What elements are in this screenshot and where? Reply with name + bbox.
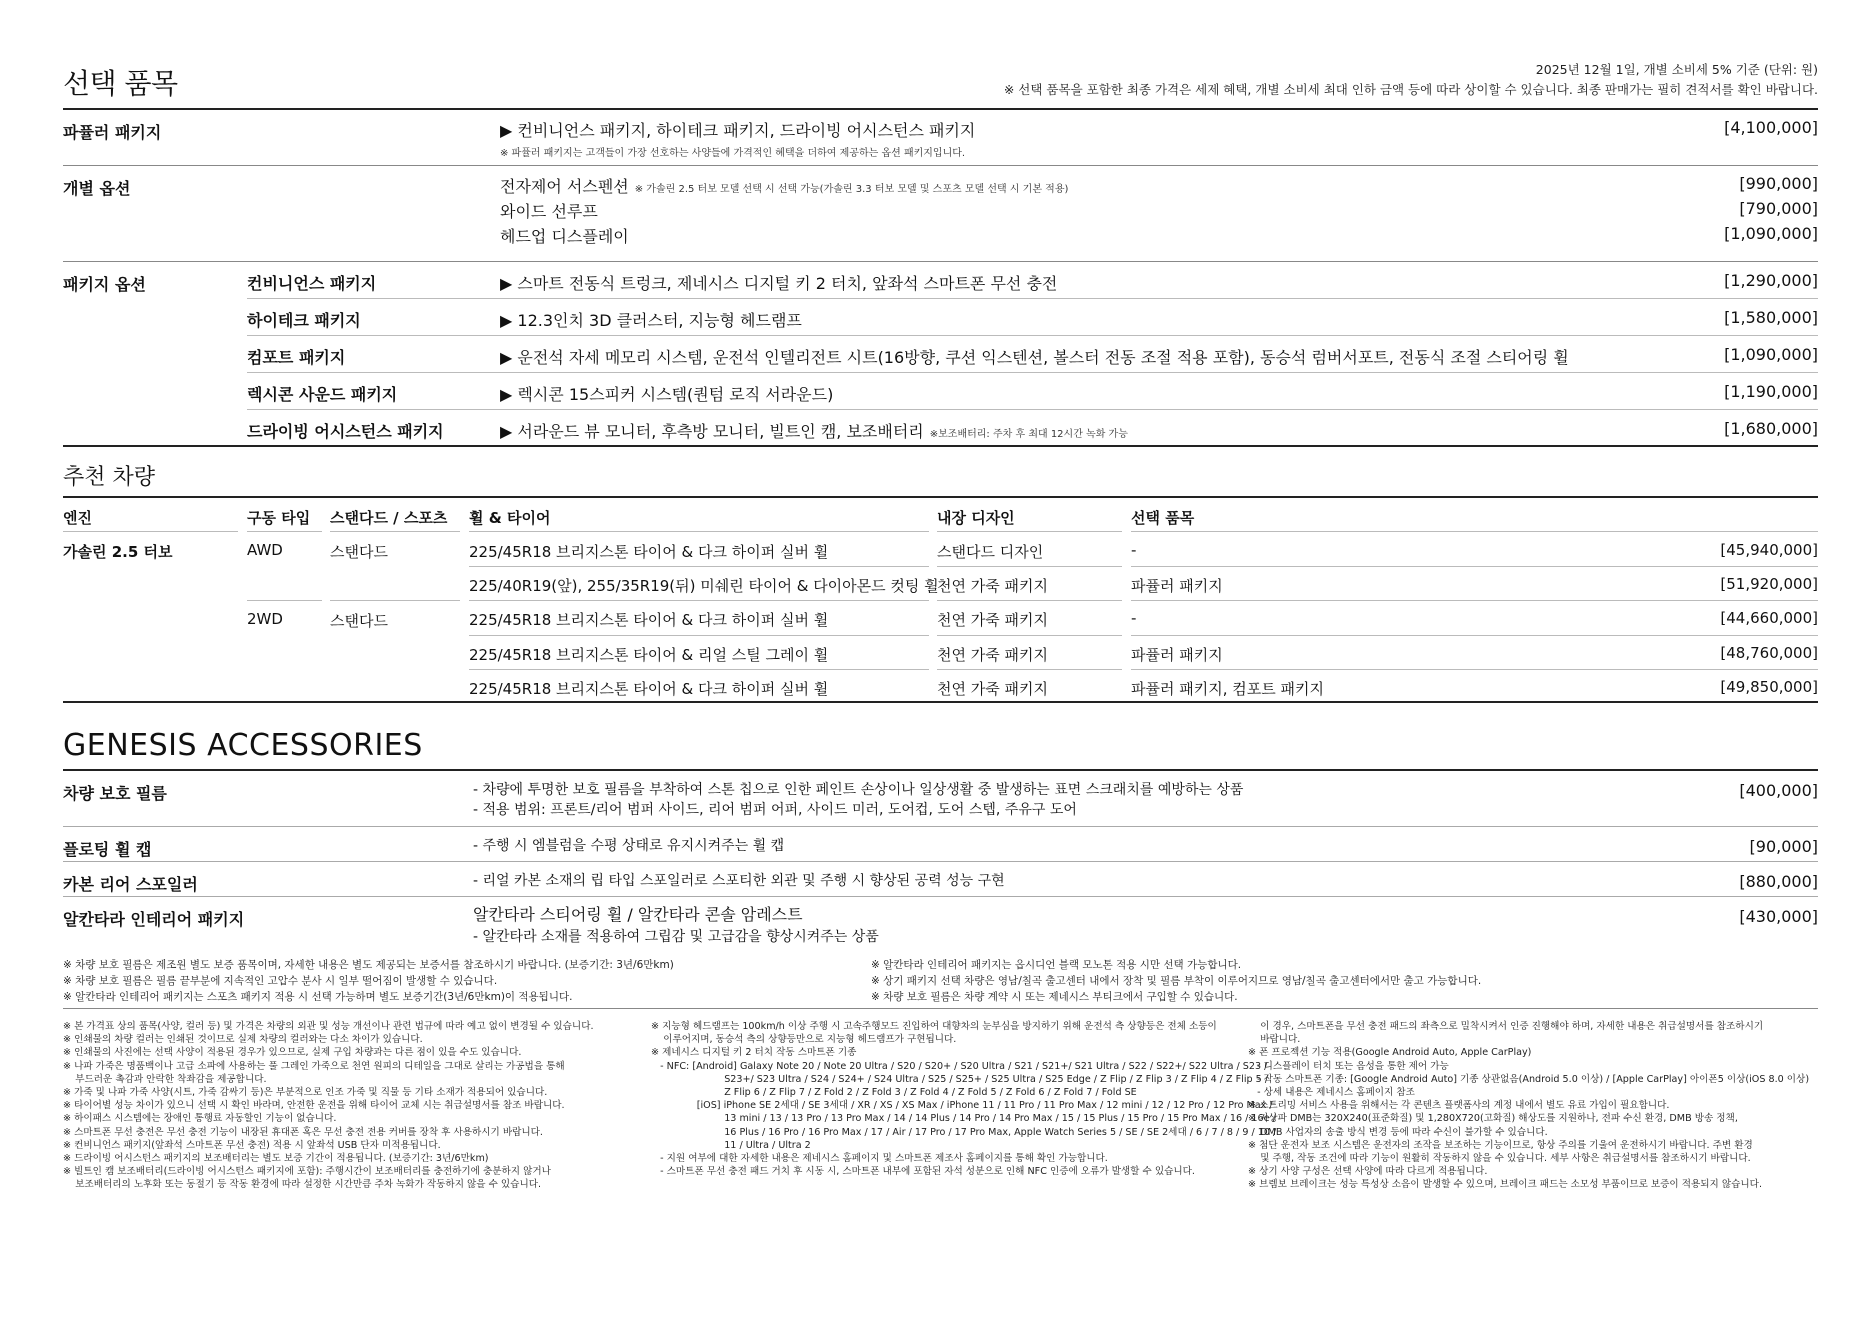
option-name: 헤드업 디스플레이 bbox=[500, 227, 629, 246]
papular-package-row: 파퓰러 패키지 ▶ 컨비니언스 패키지, 하이테크 패키지, 드라이빙 어시스턴… bbox=[63, 110, 1818, 166]
option-note: ※ 가솔린 2.5 터보 모델 선택 시 선택 가능(가솔린 3.3 터보 모델… bbox=[635, 184, 1069, 195]
accessory-price: [400,000] bbox=[1739, 781, 1818, 800]
fine-print-line: ※ 제네시스 디지털 키 2 터치 작동 스마트폰 기종 bbox=[651, 1046, 1251, 1059]
fine-print-line: - 지원 여부에 대한 자세한 내용은 제네시스 홈페이지 및 스마트폰 제조사… bbox=[651, 1152, 1251, 1165]
package-name: 컨비니언스 패키지 bbox=[247, 271, 376, 294]
option-price: [1,090,000] bbox=[1724, 224, 1818, 243]
fine-print-line: 이 경우, 스마트폰을 무선 충전 패드의 좌측으로 밀착시켜서 인증 진행해야… bbox=[1248, 1020, 1818, 1033]
fine-print-line: ※ 본 가격표 상의 품목(사양, 컬러 등) 및 가격은 차량의 외관 및 성… bbox=[63, 1020, 623, 1033]
recommended-table: 엔진 구동 타입 스탠다드 / 스포츠 휠 & 타이어 내장 디자인 선택 품목… bbox=[63, 496, 1818, 703]
fine-print-line: ※ 인쇄물의 차량 컬러는 인쇄된 것이므로 실제 차량의 컬러와는 다소 차이… bbox=[63, 1033, 623, 1046]
col-wheel: 휠 & 타이어 bbox=[469, 507, 551, 528]
fine-print-col-3: 이 경우, 스마트폰을 무선 충전 패드의 좌측으로 밀착시켜서 인증 진행해야… bbox=[1248, 1020, 1818, 1192]
papular-package-price: [4,100,000] bbox=[1724, 118, 1818, 137]
fine-print-line: ※ 인쇄물의 사진에는 선택 사양이 적용된 경우가 있으므로, 실제 구입 차… bbox=[63, 1046, 623, 1059]
accessory-price: [90,000] bbox=[1750, 837, 1818, 856]
package-price: [1,580,000] bbox=[1724, 308, 1818, 327]
interior-cell: 스탠다드 디자인 bbox=[937, 541, 1043, 562]
package-name: 컴포트 패키지 bbox=[247, 345, 345, 368]
header-meta: 2025년 12월 1일, 개별 소비세 5% 기준 (단위: 원) ※ 선택 … bbox=[1004, 60, 1818, 100]
fine-print-col-2: ※ 지능형 헤드램프는 100km/h 이상 주행 시 고속주행모드 진입하여 … bbox=[651, 1020, 1251, 1178]
fine-print-line: 바랍니다. bbox=[1248, 1033, 1818, 1046]
accessory-price: [430,000] bbox=[1739, 907, 1818, 926]
fine-print-line: - 디스플레이 터치 또는 음성을 통한 제어 가능 bbox=[1248, 1060, 1818, 1073]
fine-print-line: ※ 폰 프로젝션 기능 적용(Google Android Auto, Appl… bbox=[1248, 1046, 1818, 1059]
fine-print-line: 13 mini / 13 / 13 Pro / 13 Pro Max / 14 … bbox=[651, 1112, 1251, 1125]
option-item: 헤드업 디스플레이 bbox=[500, 224, 629, 247]
options-cell: 파퓰러 패키지, 컴포트 패키지 bbox=[1131, 678, 1324, 699]
package-desc: ▶ 운전석 자세 메모리 시스템, 운전석 인텔리전트 시트(16방향, 쿠션 … bbox=[500, 345, 1569, 368]
fine-print-col-1: ※ 본 가격표 상의 품목(사양, 컬러 등) 및 가격은 차량의 외관 및 성… bbox=[63, 1020, 623, 1192]
fine-print-line: DMB 사업자의 송출 방식 변경 등에 따라 수신이 불가할 수 있습니다. bbox=[1248, 1126, 1818, 1139]
fine-print-line: 부드러운 촉감과 안락한 착좌감을 제공합니다. bbox=[63, 1073, 623, 1086]
package-name: 하이테크 패키지 bbox=[247, 308, 361, 331]
fine-print-line: ※ 첨단 운전자 보조 시스템은 운전자의 조작을 보조하는 기능이므로, 항상… bbox=[1248, 1139, 1818, 1152]
option-name: 전자제어 서스펜션 bbox=[500, 177, 629, 196]
fine-print-line: ※ 드라이빙 어시스턴스 패키지의 보조배터리는 별도 보증 기간이 적용됩니다… bbox=[63, 1152, 623, 1165]
package-desc: ▶ 스마트 전동식 트렁크, 제네시스 디지털 키 2 터치, 앞좌석 스마트폰… bbox=[500, 271, 1057, 294]
options-cell: - bbox=[1131, 541, 1136, 559]
engine-cell: 가솔린 2.5 터보 bbox=[63, 541, 172, 562]
accessory-notes-right: ※ 알칸타라 인테리어 패키지는 옵시디언 블랙 모노톤 적용 시만 선택 가능… bbox=[871, 957, 1481, 1005]
package-row: 컴포트 패키지 ▶ 운전석 자세 메모리 시스템, 운전석 인텔리전트 시트(1… bbox=[247, 336, 1818, 373]
interior-cell: 천연 가죽 패키지 bbox=[937, 644, 1048, 665]
package-row: 렉시콘 사운드 패키지 ▶ 렉시콘 15스피커 시스템(퀀텀 로직 서라운드) … bbox=[247, 373, 1818, 410]
trim-cell: 스탠다드 bbox=[330, 610, 388, 631]
drive-cell: AWD bbox=[247, 541, 283, 559]
option-price: [990,000] bbox=[1739, 174, 1818, 193]
fine-print-line: ※ 스트리밍 서비스 사용을 위해서는 각 콘텐츠 플랫폼사의 계정 내에서 별… bbox=[1248, 1099, 1818, 1112]
fine-print-line: 11 / Ultra / Ultra 2 bbox=[651, 1139, 1251, 1152]
option-item: 전자제어 서스펜션※ 가솔린 2.5 터보 모델 선택 시 선택 가능(가솔린 … bbox=[500, 174, 1068, 197]
fine-print-line: ※ 컨비니언스 패키지(앞좌석 스마트폰 무선 충전) 적용 시 앞좌석 USB… bbox=[63, 1139, 623, 1152]
col-options: 선택 품목 bbox=[1131, 507, 1194, 528]
trim-cell: 스탠다드 bbox=[330, 541, 388, 562]
accessory-row: 카본 리어 스포일러 - 리얼 카본 소재의 립 타입 스포일러로 스포티한 외… bbox=[63, 862, 1818, 897]
wheel-tire-cell: 225/40R19(앞), 255/35R19(뒤) 미쉐린 타이어 & 다이아… bbox=[469, 575, 939, 596]
fine-print-line: Z Flip 6 / Z Flip 7 / Z Fold 2 / Z Fold … bbox=[651, 1086, 1251, 1099]
package-desc: ▶ 렉시콘 15스피커 시스템(퀀텀 로직 서라운드) bbox=[500, 382, 833, 405]
papular-package-content: ▶ 컨비니언스 패키지, 하이테크 패키지, 드라이빙 어시스턴스 패키지 bbox=[500, 118, 975, 141]
fine-print-line: ※ 스마트폰 무선 충전은 무선 충전 기능이 내장된 휴대폰 혹은 무선 충전… bbox=[63, 1126, 623, 1139]
fine-print-line: - 스마트폰 무선 충전 패드 거치 후 시동 시, 스마트폰 내부에 포함된 … bbox=[651, 1165, 1251, 1178]
col-drive: 구동 타입 bbox=[247, 507, 310, 528]
accessory-name: 차량 보호 필름 bbox=[63, 781, 167, 804]
options-cell: 파퓰러 패키지 bbox=[1131, 644, 1223, 665]
fine-print-line: 보조배터리의 노후화 또는 동절기 등 작동 환경에 따라 설정한 시간만큼 주… bbox=[63, 1178, 623, 1191]
package-options-group: 패키지 옵션 컨비니언스 패키지 ▶ 스마트 전동식 트렁크, 제네시스 디지털… bbox=[63, 262, 1818, 447]
option-item: 와이드 선루프 bbox=[500, 199, 598, 222]
individual-options-label: 개별 옵션 bbox=[63, 176, 130, 199]
accessory-row: 차량 보호 필름 - 차량에 투명한 보호 필름을 부착하여 스톤 칩으로 인한… bbox=[63, 771, 1818, 827]
interior-cell: 천연 가죽 패키지 bbox=[937, 575, 1048, 596]
fine-print-line: - NFC: [Android] Galaxy Note 20 / Note 2… bbox=[651, 1060, 1251, 1073]
interior-cell: 천연 가죽 패키지 bbox=[937, 678, 1048, 699]
wheel-tire-cell: 225/45R18 브리지스톤 타이어 & 다크 하이퍼 실버 휠 bbox=[469, 541, 828, 562]
vehicle-price: [51,920,000] bbox=[1720, 575, 1818, 593]
vehicle-price: [49,850,000] bbox=[1720, 678, 1818, 696]
package-name: 렉시콘 사운드 패키지 bbox=[247, 382, 397, 405]
recommended-title: 추천 차량 bbox=[63, 460, 155, 491]
fine-print-line: ※ 상기 사양 구성은 선택 사양에 따라 다르게 적용됩니다. bbox=[1248, 1165, 1818, 1178]
options-cell: - bbox=[1131, 609, 1136, 627]
fine-print-line: 16 Plus / 16 Pro / 16 Pro Max / 17 / Air… bbox=[651, 1126, 1251, 1139]
package-price: [1,680,000] bbox=[1724, 419, 1818, 438]
accessory-notes: ※ 차량 보호 필름은 제조원 별도 보증 품목이며, 자세한 내용은 별도 제… bbox=[63, 957, 1818, 1009]
fine-print-line: ※ 지상파 DMB는 320X240(표준화질) 및 1,280X720(고화질… bbox=[1248, 1112, 1818, 1125]
recommended-body: 가솔린 2.5 터보 AWD 스탠다드 2WD 스탠다드 225/45R18 브… bbox=[63, 532, 1818, 703]
fine-print-line: ※ 빌트인 캠 보조배터리(드라이빙 어시스턴스 패키지에 포함): 주행시간이… bbox=[63, 1165, 623, 1178]
accessory-row: 알칸타라 인테리어 패키지 알칸타라 스티어링 휠 / 알칸타라 콘솔 암레스트… bbox=[63, 897, 1818, 952]
accessory-name: 카본 리어 스포일러 bbox=[63, 872, 198, 895]
price-basis-date: 2025년 12월 1일, 개별 소비세 5% 기준 (단위: 원) bbox=[1004, 60, 1818, 80]
fine-print-line: 및 주행, 작동 조건에 따라 기능이 원활히 작동하지 않을 수 있습니다. … bbox=[1248, 1152, 1818, 1165]
col-interior: 내장 디자인 bbox=[937, 507, 1015, 528]
interior-cell: 천연 가죽 패키지 bbox=[937, 609, 1048, 630]
drive-cell: 2WD bbox=[247, 610, 283, 628]
package-name: 드라이빙 어시스턴스 패키지 bbox=[247, 419, 444, 442]
package-row: 하이테크 패키지 ▶ 12.3인치 3D 클러스터, 지능형 헤드램프 [1,5… bbox=[247, 299, 1818, 336]
accessory-name: 플로팅 휠 캡 bbox=[63, 837, 151, 860]
col-trim: 스탠다드 / 스포츠 bbox=[330, 507, 447, 528]
accessories-title: GENESIS ACCESSORIES bbox=[63, 728, 423, 763]
package-desc: ▶ 12.3인치 3D 클러스터, 지능형 헤드램프 bbox=[500, 308, 802, 331]
options-cell: 파퓰러 패키지 bbox=[1131, 575, 1223, 596]
recommended-header: 엔진 구동 타입 스탠다드 / 스포츠 휠 & 타이어 내장 디자인 선택 품목 bbox=[63, 498, 1818, 532]
selection-options-table: 파퓰러 패키지 ▶ 컨비니언스 패키지, 하이테크 패키지, 드라이빙 어시스턴… bbox=[63, 108, 1818, 447]
package-options-label: 패키지 옵션 bbox=[63, 272, 146, 295]
fine-print-line: ※ 하이패스 시스템에는 장애인 통행료 자동할인 기능이 없습니다. bbox=[63, 1112, 623, 1125]
papular-package-note: ※ 파퓰러 패키지는 고객들이 가장 선호하는 사양들에 가격적인 혜택을 더하… bbox=[500, 144, 965, 159]
option-price: [790,000] bbox=[1739, 199, 1818, 218]
accessory-desc: 알칸타라 스티어링 휠 / 알칸타라 콘솔 암레스트 - 알칸타라 소재를 적용… bbox=[473, 903, 879, 947]
accessory-price: [880,000] bbox=[1739, 872, 1818, 891]
wheel-tire-cell: 225/45R18 브리지스톤 타이어 & 리얼 스틸 그레이 휠 bbox=[469, 644, 828, 665]
col-engine: 엔진 bbox=[63, 507, 92, 528]
accessory-name: 알칸타라 인테리어 패키지 bbox=[63, 907, 244, 930]
package-row: 컨비니언스 패키지 ▶ 스마트 전동식 트렁크, 제네시스 디지털 키 2 터치… bbox=[247, 262, 1818, 299]
accessory-desc: - 차량에 투명한 보호 필름을 부착하여 스톤 칩으로 인한 페인트 손상이나… bbox=[473, 780, 1243, 820]
accessory-desc: - 주행 시 엠블럼을 수평 상태로 유지시켜주는 휠 캡 bbox=[473, 836, 784, 856]
fine-print-line: S23+/ S23 Ultra / S24 / S24+ / S24 Ultra… bbox=[651, 1073, 1251, 1086]
vehicle-price: [44,660,000] bbox=[1720, 609, 1818, 627]
accessory-desc: - 리얼 카본 소재의 립 타입 스포일러로 스포티한 외관 및 주행 시 향상… bbox=[473, 871, 1005, 891]
page-title: 선택 품목 bbox=[63, 62, 178, 102]
wheel-tire-cell: 225/45R18 브리지스톤 타이어 & 다크 하이퍼 실버 휠 bbox=[469, 609, 828, 630]
fine-print-line: ※ 브렘보 브레이크는 성능 특성상 소음이 발생할 수 있으며, 브레이크 패… bbox=[1248, 1178, 1818, 1191]
fine-print-line: ※ 지능형 헤드램프는 100km/h 이상 주행 시 고속주행모드 진입하여 … bbox=[651, 1020, 1251, 1033]
fine-print-line: - 작동 스마트폰 기종: [Google Android Auto] 기종 상… bbox=[1248, 1073, 1818, 1086]
vehicle-price: [45,940,000] bbox=[1720, 541, 1818, 559]
fine-print-line: - 상세 내용은 제네시스 홈페이지 참조 bbox=[1248, 1086, 1818, 1099]
accessories-table: 차량 보호 필름 - 차량에 투명한 보호 필름을 부착하여 스톤 칩으로 인한… bbox=[63, 769, 1818, 952]
accessory-row: 플로팅 휠 캡 - 주행 시 엠블럼을 수평 상태로 유지시켜주는 휠 캡 [9… bbox=[63, 827, 1818, 862]
fine-print-line: 이루어지며, 동승석 측의 상향등만으로 지능형 헤드램프가 구현됩니다. bbox=[651, 1033, 1251, 1046]
package-row: 드라이빙 어시스턴스 패키지 ▶ 서라운드 뷰 모니터, 후측방 모니터, 빌트… bbox=[247, 410, 1818, 447]
vehicle-price: [48,760,000] bbox=[1720, 644, 1818, 662]
price-disclaimer: ※ 선택 품목을 포함한 최종 가격은 세제 혜택, 개별 소비세 최대 인하 … bbox=[1004, 80, 1818, 100]
package-note: ※보조배터리: 주차 후 최대 12시간 녹화 가능 bbox=[930, 429, 1128, 440]
package-price: [1,090,000] bbox=[1724, 345, 1818, 364]
package-desc: ▶ 서라운드 뷰 모니터, 후측방 모니터, 빌트인 캠, 보조배터리※보조배터… bbox=[500, 419, 1128, 442]
wheel-tire-cell: 225/45R18 브리지스톤 타이어 & 다크 하이퍼 실버 휠 bbox=[469, 678, 828, 699]
package-price: [1,290,000] bbox=[1724, 271, 1818, 290]
papular-package-label: 파퓰러 패키지 bbox=[63, 120, 161, 143]
package-price: [1,190,000] bbox=[1724, 382, 1818, 401]
option-name: 와이드 선루프 bbox=[500, 202, 598, 221]
individual-options-group: 개별 옵션 전자제어 서스펜션※ 가솔린 2.5 터보 모델 선택 시 선택 가… bbox=[63, 166, 1818, 262]
fine-print-line: ※ 타이어별 성능 차이가 있으니 선택 시 확인 바라며, 안전한 운전을 위… bbox=[63, 1099, 623, 1112]
fine-print-line: ※ 가죽 및 나파 가죽 사양(시트, 가죽 감싸기 등)은 부분적으로 인조 … bbox=[63, 1086, 623, 1099]
fine-print-line: ※ 나파 가죽은 명품백이나 고급 소파에 사용하는 풀 그레인 가죽으로 천연… bbox=[63, 1060, 623, 1073]
accessory-notes-left: ※ 차량 보호 필름은 제조원 별도 보증 품목이며, 자세한 내용은 별도 제… bbox=[63, 957, 674, 1005]
fine-print-line: [iOS] iPhone SE 2세대 / SE 3세대 / XR / XS /… bbox=[651, 1099, 1251, 1112]
